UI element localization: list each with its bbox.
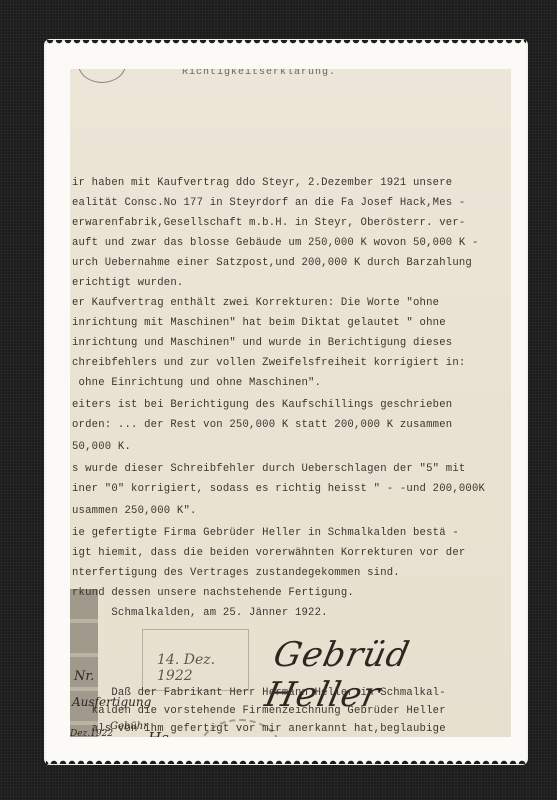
text-line: inrichtung mit Maschinen" hat beim Dikta…	[72, 317, 446, 329]
text-line: chreibfehlers und zur vollen Zweifelsfre…	[72, 357, 465, 369]
document-paper: Richtigkeitserklärung. 14. Dez. 1922 Geb…	[70, 69, 511, 737]
text-line: ohne Einrichtung und ohne Maschinen".	[72, 377, 321, 389]
text-line: rkund dessen unsere nachstehende Fertigu…	[72, 587, 354, 599]
text-line: usammen 250,000 K".	[72, 505, 197, 517]
text-line: iner "0" korrigiert, sodass es richtig h…	[72, 483, 485, 495]
photograph-print: Richtigkeitserklärung. 14. Dez. 1922 Geb…	[46, 41, 526, 763]
text-line: Schmalkalden, am 25. Jänner 1922.	[72, 607, 328, 619]
text-line: erichtigt wurden.	[72, 277, 183, 289]
text-line: auft und zwar das blosse Gebäude um 250,…	[72, 237, 479, 249]
text-line: 50,000 K.	[72, 441, 131, 453]
text-line: ie gefertigte Firma Gebrüder Heller in S…	[72, 527, 459, 539]
text-line: ealität Consc.No 177 in Steyrdorf an die…	[72, 197, 465, 209]
certification-line: Daß der Fabrikant Herr Hermann Heller in…	[72, 687, 446, 699]
text-line: nterfertigung des Vertrages zustandegeko…	[72, 567, 400, 579]
text-line: eiters ist bei Berichtigung des Kaufschi…	[72, 399, 452, 411]
text-line: igt hiemit, dass die beiden vorerwähnten…	[72, 547, 465, 559]
text-line: orden: ... der Rest von 250,000 K statt …	[72, 419, 452, 431]
text-line: ir haben mit Kaufvertrag ddo Steyr, 2.De…	[72, 177, 452, 189]
text-line: s wurde dieser Schreibfehler durch Ueber…	[72, 463, 465, 475]
certification-line: als von ihm gefertigt vor mir anerkannt …	[72, 723, 446, 735]
text-line: inrichtung und Maschinen" und wurde in B…	[72, 337, 452, 349]
text-line: erwarenfabrik,Gesellschaft m.b.H. in Ste…	[72, 217, 465, 229]
text-line: urch Uebernahme einer Satzpost,und 200,0…	[72, 257, 472, 269]
text-line: er Kaufvertrag enthält zwei Korrekturen:…	[72, 297, 439, 309]
body-text: ir haben mit Kaufvertrag ddo Steyr, 2.De…	[70, 69, 511, 737]
certification-line: kalden die vorstehende Firmenzeichnung G…	[72, 705, 446, 717]
